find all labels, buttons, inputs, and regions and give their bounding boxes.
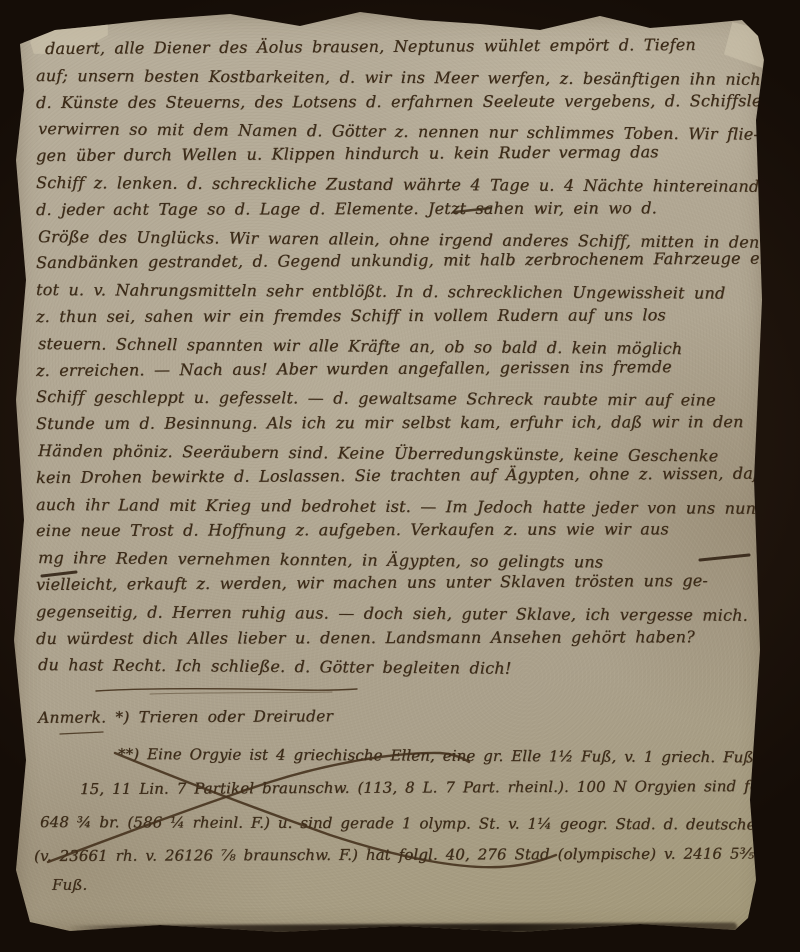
footnote-line: (v. 23661 rh. v. 26126 ⅞ braunschw. F.) … [34, 844, 800, 865]
manuscript-line: du hast Recht. Ich schließe. d. Götter b… [38, 652, 754, 684]
manuscript-line: Stunde um d. Besinnung. Als ich zu mir s… [36, 409, 752, 438]
annotation-label: Anmerk. *) Trieren oder Dreiruder [38, 707, 333, 727]
manuscript-line: kein Drohen bewirkte d. Loslassen. Sie t… [36, 460, 752, 491]
manuscript-text: dauert, alle Diener des Äolus brausen, N… [36, 36, 752, 679]
manuscript-line: du würdest dich Alles lieber u. denen. L… [36, 624, 752, 653]
manuscript-paper: 4 dauert, alle Diener des Äolus brausen,… [12, 10, 768, 936]
manuscript-line: gen über durch Wellen u. Klippen hindurc… [36, 139, 752, 170]
manuscript-line: vielleicht, erkauft z. werden, wir mache… [36, 568, 752, 599]
footnote-line: Fuß. [52, 876, 87, 894]
manuscript-line: d. jeder acht Tage so d. Lage d. Element… [36, 195, 752, 224]
page-background: 4 dauert, alle Diener des Äolus brausen,… [0, 0, 800, 952]
page-number: 4 [84, 11, 94, 30]
manuscript-line: Sandbänken gestrandet, d. Gegend unkundi… [36, 246, 752, 277]
manuscript-line: d. Künste des Steuerns, des Lotsens d. e… [36, 88, 752, 117]
footnote-line: **) Eine Orgyie ist 4 griechische Ellen,… [118, 745, 754, 766]
bottom-edge-shadow [67, 923, 737, 935]
footnote-line: 648 ¾ br. (586 ¼ rheinl. F.) u. sind ger… [40, 813, 800, 834]
manuscript-line: z. thun sei, sahen wir ein fremdes Schif… [36, 302, 752, 331]
manuscript-line: dauert, alle Diener des Äolus brausen, N… [36, 32, 752, 63]
manuscript-line: eine neue Trost d. Hoffnung z. aufgeben.… [36, 516, 752, 545]
manuscript-line: z. erreichen. — Nach aus! Aber wurden an… [36, 353, 752, 384]
footnote-line: 15, 11 Lin. 7 Partikel braunschw. (113, … [80, 777, 783, 798]
